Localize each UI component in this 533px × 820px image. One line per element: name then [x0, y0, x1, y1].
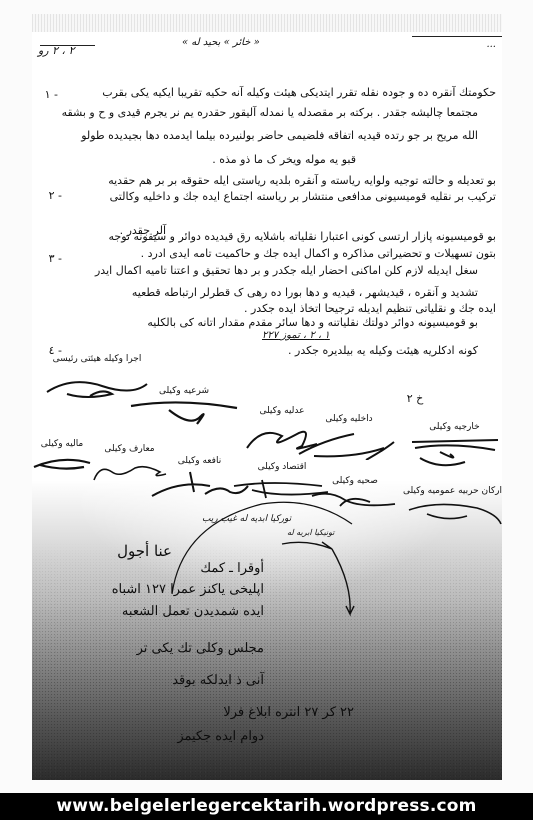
- signature-scribble: [129, 396, 239, 432]
- note-line: أوقرا ـ كمك: [200, 558, 264, 579]
- header-left-ref: ٢ ، ٢ رو: [38, 44, 75, 58]
- note-line: ایده شمدیدن تعمل الشعبه: [122, 601, 264, 622]
- header-rule-right: [412, 36, 502, 37]
- paragraph-1-number: ١ -: [45, 88, 58, 101]
- side-note: تورکیا ابدیه له غیب ریب: [202, 512, 291, 526]
- paragraph-2-number: ٢ -: [49, 189, 62, 202]
- mark-text: خ ٢: [390, 392, 440, 405]
- signature-scribble: [294, 424, 404, 460]
- note-heading: عنا أجول: [117, 541, 172, 562]
- note-line: دوام ایده جکیمز: [177, 726, 264, 747]
- signature-title: خارجیه وکیلی: [407, 422, 502, 432]
- signature-title: اجرا وکیله هیئتی رئیسی: [32, 354, 162, 364]
- paragraph-3-line: بتون تسهیلات و تحضیراتی مذاکره و اکمال ا…: [66, 247, 496, 261]
- note-line: ٢٢ کر ٢٧ انتره ابلاغ فرلا: [223, 702, 354, 723]
- document-date: ١ ، ٢ ، تموز ٢٢٧: [262, 329, 330, 343]
- paragraph-1: حکومتك آنقره ده و جوده نقله تقرر ایتدیکی…: [66, 86, 496, 167]
- note-line: آنی ذ ایدلکه بوقد: [172, 670, 264, 691]
- signature-interior: داخلیه وکیلی: [294, 414, 404, 460]
- paragraph-1-line: حکومتك آنقره ده و جوده نقله تقرر ایتدیکی…: [66, 86, 496, 100]
- paragraph-3-line: بو قومیسیونه پازار ارتسی کونی اعتبارا نق…: [66, 230, 496, 244]
- paragraph-2-line: ترکیب بر نقلیه قومیسیونی مدافعی منتشار ب…: [66, 190, 496, 204]
- paragraph-1-line: الله مریح بر جو رتده قیدیه اتفاقه فلضیمی…: [48, 129, 478, 143]
- signature-title: معارف وکیلی: [87, 444, 172, 454]
- paragraph-4-line: بو قومیسیونه دوائر دولتك نقلیاتنه و دها …: [48, 316, 478, 330]
- signature-scribble: [410, 432, 500, 472]
- paragraph-1-line: مجتمعا چالیشه جقدر . برکته بر مقصدله یا …: [48, 106, 478, 120]
- signature-finance: مالیه وکیلی: [32, 439, 92, 473]
- signature-title: شرعیه وکیلی: [124, 386, 244, 396]
- scanned-document-page: ٢ ، ٢ رو « خائر » بحيد له » ... ١ - حکوم…: [32, 14, 502, 780]
- watermark-footer: www.belgelerlegercektarih.wordpress.com: [0, 793, 533, 820]
- signature-scribble: [32, 449, 92, 473]
- header-right-ref: ...: [486, 38, 496, 52]
- paragraph-3-line: تشدید و آنقره ، قیدیشهر ، قیدیه و دها بو…: [48, 286, 478, 300]
- upper-right-mark: خ ٢: [390, 392, 440, 405]
- paragraph-3-line: سغل ایدیله لازم کلن اماکنی احضار ایله جک…: [48, 264, 478, 278]
- signature-title: داخلیه وکیلی: [294, 414, 404, 424]
- paragraph-2: بو تعدیله و حالته توجیه ولوایه ریاسته و …: [66, 174, 496, 238]
- header-center-title: « خائر » بحيد له »: [182, 36, 260, 50]
- note-line: مجلس وکلی تك یکی تر: [137, 638, 264, 659]
- small-note: تونیکیا ابریه له: [287, 526, 334, 540]
- signature-foreign: خارجیه وکیلی: [407, 422, 502, 472]
- signature-title: اقتصاد وکیلی: [232, 462, 332, 472]
- paragraph-2-line: بو تعدیله و حالته توجیه ولوایه ریاسته و …: [66, 174, 496, 188]
- signature-religious-affairs: شرعیه وکیلی: [124, 386, 244, 432]
- note-line: اپلیخی یاکنز عمرا ١٢٧ اشباه: [112, 579, 264, 600]
- paragraph-3: بو قومیسیونه پازار ارتسی کونی اعتبارا نق…: [66, 230, 496, 316]
- signature-title: مالیه وکیلی: [32, 439, 92, 449]
- connector-arcs: [32, 484, 502, 634]
- paragraph-3-line: ایده جك و نقلیاتی تنظیم ایدیله ترجیحا ات…: [66, 302, 496, 316]
- paragraph-1-line: قبو یه موله ویخر ک ما ذو مذه .: [32, 153, 356, 167]
